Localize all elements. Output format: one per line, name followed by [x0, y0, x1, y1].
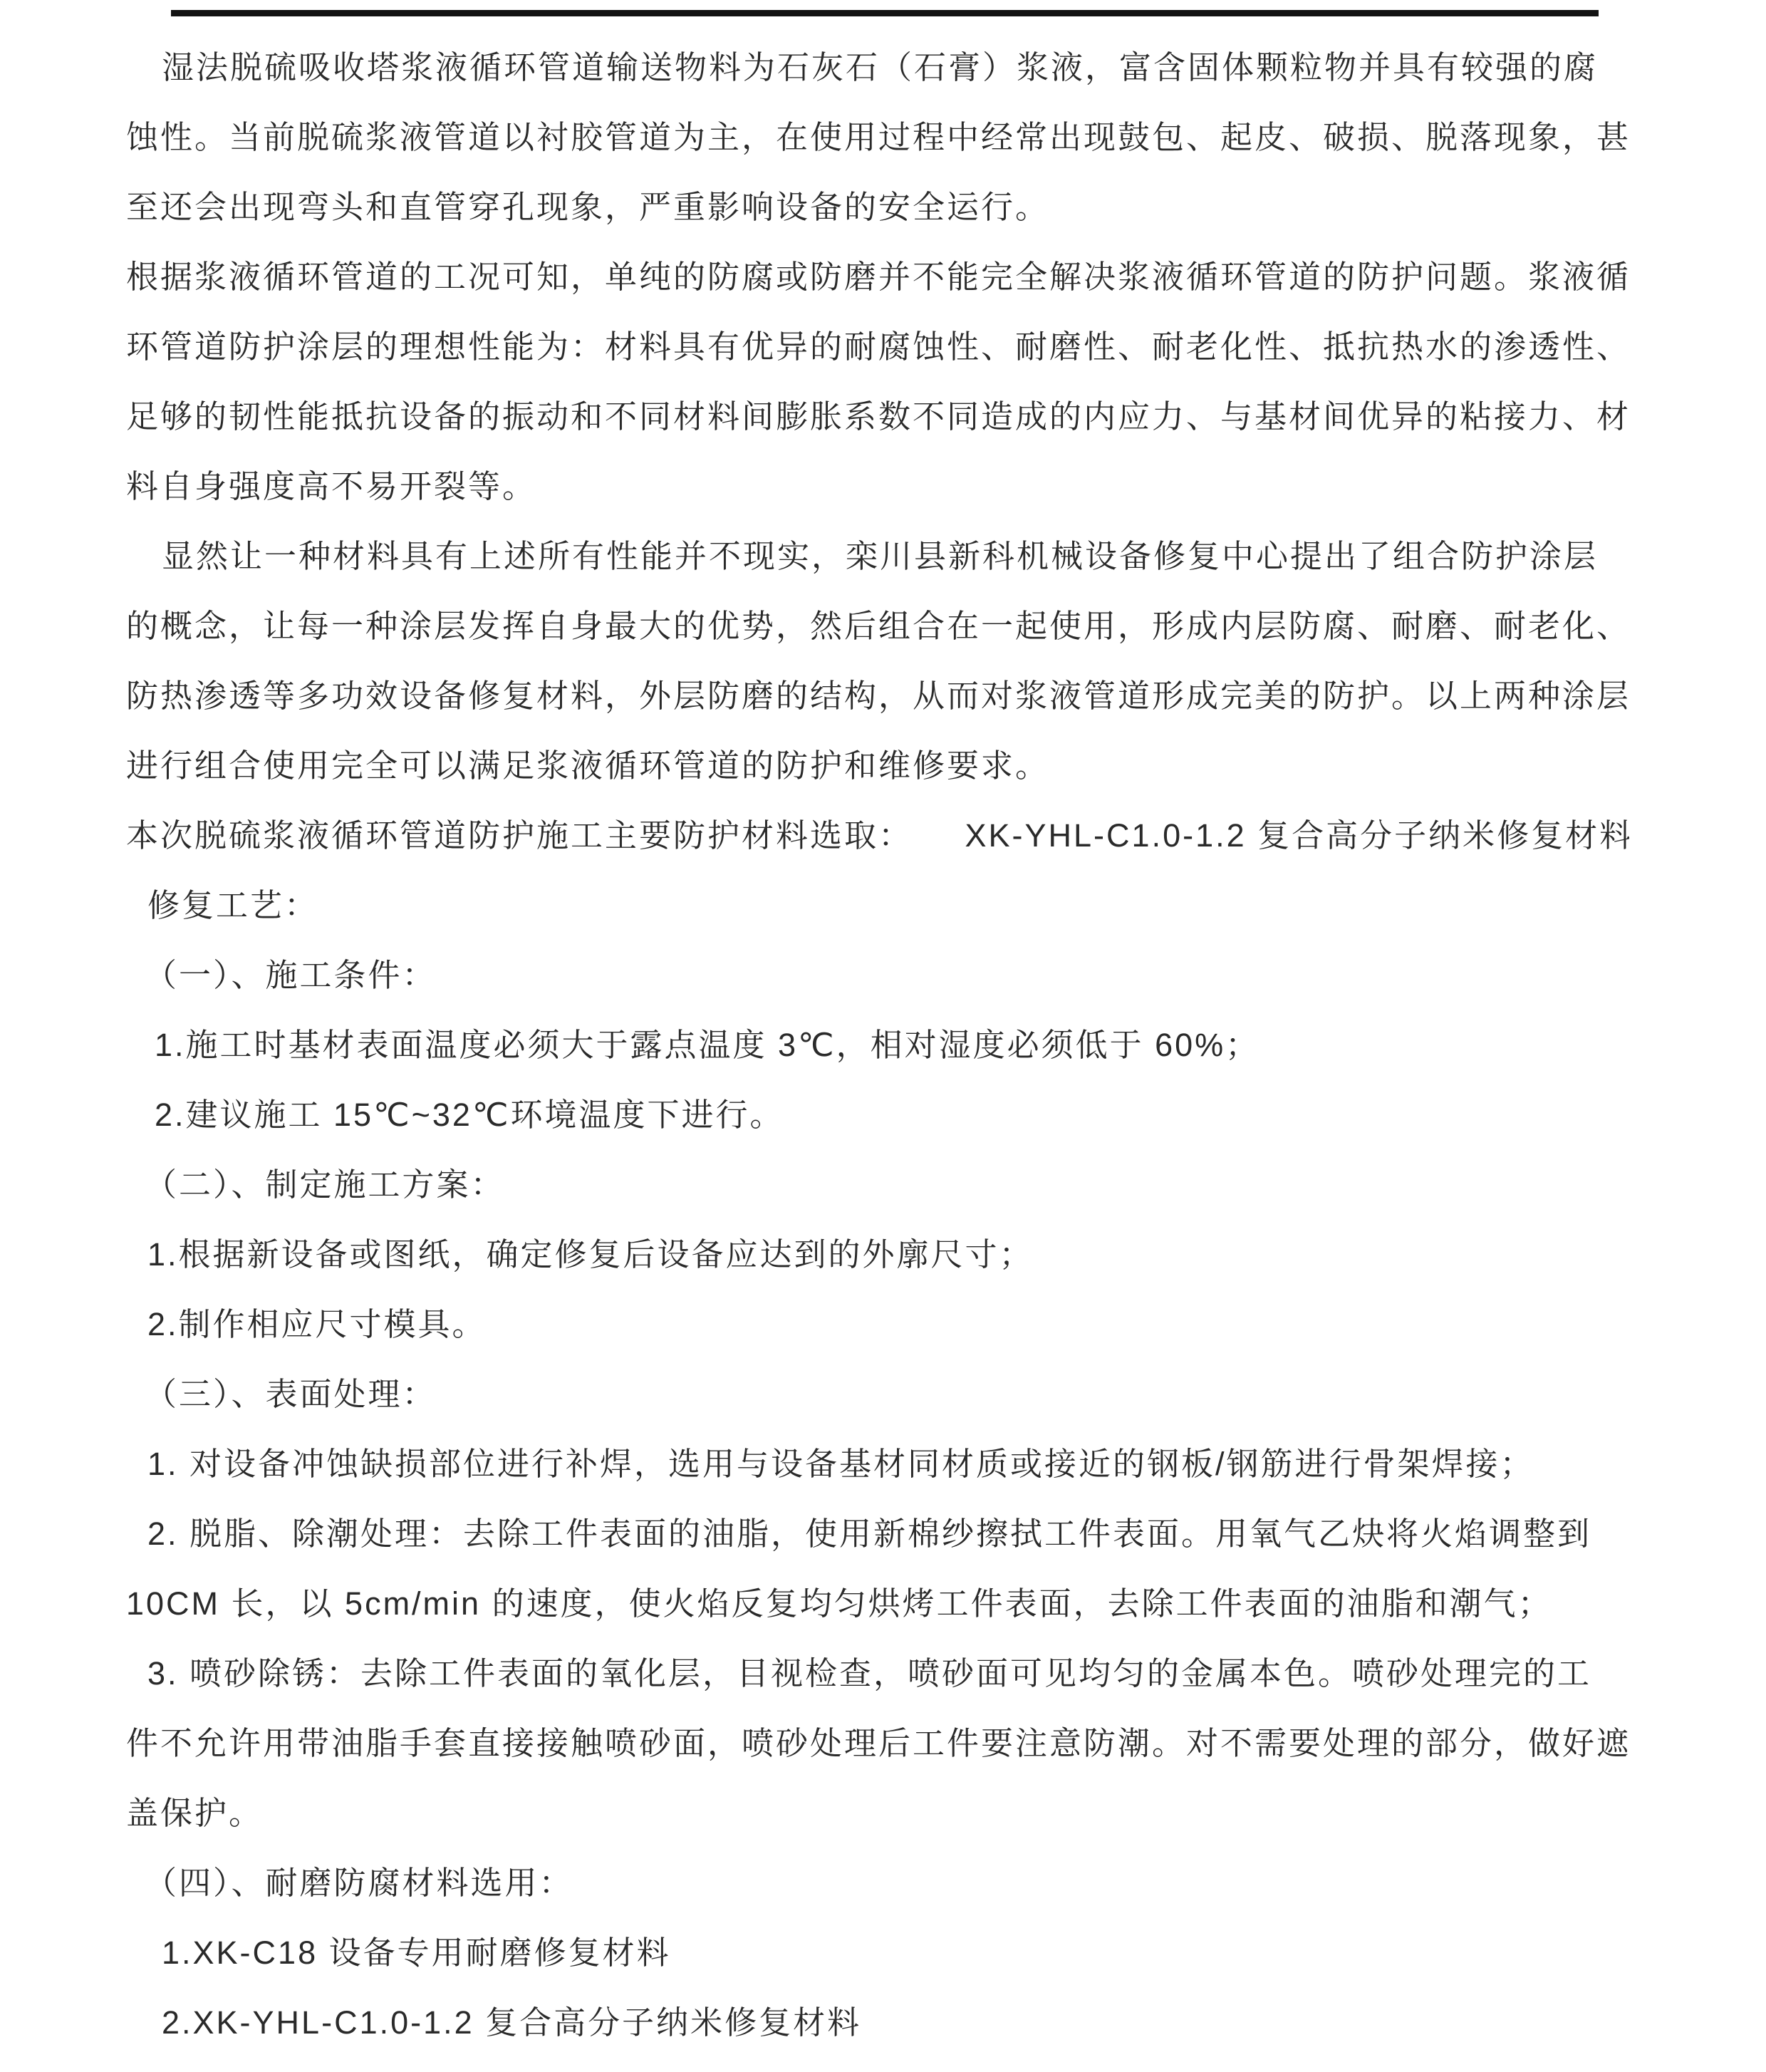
- material-item: 1.XK-C18 设备专用耐磨修复材料: [126, 1918, 1629, 1988]
- paragraph-line: 根据浆液循环管道的工况可知，单纯的防腐或防磨并不能完全解决浆液循环管道的防护问题…: [126, 242, 1629, 312]
- paragraph-line: 至还会出现弯头和直管穿孔现象，严重影响设备的安全运行。: [126, 172, 1629, 242]
- paragraph-line: 防热渗透等多功效设备修复材料，外层防磨的结构，从而对浆液管道形成完美的防护。以上…: [126, 661, 1629, 731]
- paragraph-line: 环管道防护涂层的理想性能为：材料具有优异的耐腐蚀性、耐磨性、耐老化性、抵抗热水的…: [126, 312, 1629, 382]
- repair-process-heading: 修复工艺：: [126, 871, 1629, 941]
- list-item: 2.建议施工 15℃~32℃环境温度下进行。: [126, 1080, 1629, 1150]
- section-heading-2: （二）、制定施工方案：: [126, 1150, 1629, 1220]
- paragraph-line: 湿法脱硫吸收塔浆液循环管道输送物料为石灰石（石膏）浆液，富含固体颗粒物并具有较强…: [126, 33, 1629, 103]
- paragraph-line: 的概念，让每一种涂层发挥自身最大的优势，然后组合在一起使用，形成内层防腐、耐磨、…: [126, 591, 1629, 661]
- paragraph-line: 蚀性。当前脱硫浆液管道以衬胶管道为主，在使用过程中经常出现鼓包、起皮、破损、脱落…: [126, 103, 1629, 172]
- list-item: 2.制作相应尺寸模具。: [126, 1290, 1629, 1359]
- material-item: 2.XK-YHL-C1.0-1.2 复合高分子纳米修复材料: [126, 1988, 1629, 2058]
- list-item: 2. 脱脂、除潮处理：去除工件表面的油脂，使用新棉纱擦拭工件表面。用氧气乙炔将火…: [126, 1499, 1629, 1569]
- section-heading-4: （四）、耐磨防腐材料选用：: [126, 1848, 1629, 1918]
- section-heading-3: （三）、表面处理：: [126, 1359, 1629, 1429]
- list-item: 1.施工时基材表面温度必须大于露点温度 3℃，相对湿度必须低于 60%；: [126, 1010, 1629, 1080]
- list-item-continuation: 盖保护。: [126, 1778, 1629, 1848]
- list-item: 1. 对设备冲蚀缺损部位进行补焊，选用与设备基材同材质或接近的钢板/钢筋进行骨架…: [126, 1429, 1629, 1499]
- header-rule: [171, 10, 1599, 16]
- document-body: 湿法脱硫吸收塔浆液循环管道输送物料为石灰石（石膏）浆液，富含固体颗粒物并具有较强…: [126, 33, 1629, 2058]
- page-background: 湿法脱硫吸收塔浆液循环管道输送物料为石灰石（石膏）浆液，富含固体颗粒物并具有较强…: [0, 0, 1766, 2072]
- paragraph-line: 足够的韧性能抵抗设备的振动和不同材料间膨胀系数不同造成的内应力、与基材间优异的粘…: [126, 382, 1629, 452]
- list-item-continuation: 10CM 长，以 5cm/min 的速度，使火焰反复均匀烘烤工件表面，去除工件表…: [126, 1569, 1629, 1639]
- material-selection-line: 本次脱硫浆液循环管道防护施工主要防护材料选取： XK-YHL-C1.0-1.2 …: [126, 801, 1629, 871]
- list-item: 3. 喷砂除锈：去除工件表面的氧化层，目视检查，喷砂面可见均匀的金属本色。喷砂处…: [126, 1639, 1629, 1709]
- list-item-continuation: 件不允许用带油脂手套直接接触喷砂面，喷砂处理后工件要注意防潮。对不需要处理的部分…: [126, 1709, 1629, 1778]
- paragraph-line: 料自身强度高不易开裂等。: [126, 452, 1629, 522]
- list-item: 1.根据新设备或图纸，确定修复后设备应达到的外廓尺寸；: [126, 1220, 1629, 1290]
- document-page: { "page": { "background": "#ffffff", "te…: [0, 0, 1766, 2072]
- paragraph-line: 进行组合使用完全可以满足浆液循环管道的防护和维修要求。: [126, 731, 1629, 801]
- paragraph-line: 显然让一种材料具有上述所有性能并不现实，栾川县新科机械设备修复中心提出了组合防护…: [126, 522, 1629, 591]
- section-heading-1: （一）、施工条件：: [126, 941, 1629, 1010]
